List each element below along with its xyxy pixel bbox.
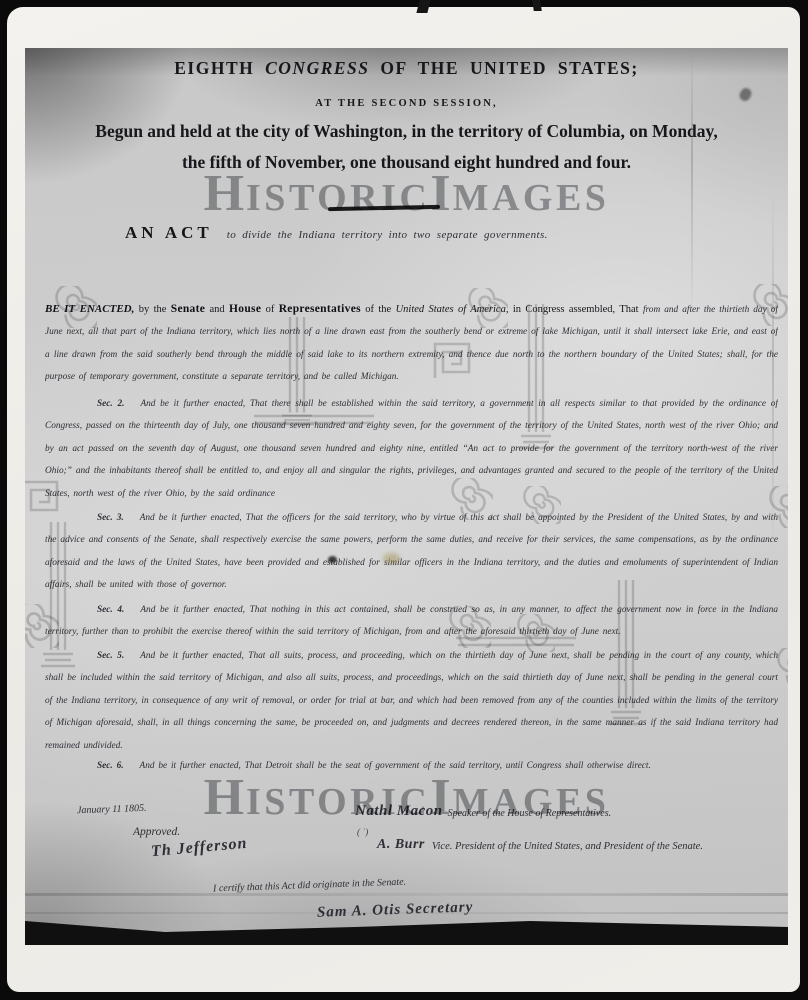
- congress-title-post: OF THE UNITED STATES;: [370, 58, 639, 78]
- section-4-label: Sec. 4.: [97, 605, 124, 615]
- spiral-volute-watermark-icon: [753, 284, 788, 326]
- spiral-volute-watermark-icon: [769, 486, 788, 528]
- congress-title-italic: CONGRESS: [265, 58, 369, 78]
- section-5-label: Sec. 5.: [97, 651, 124, 661]
- yellow-stain: [383, 553, 400, 564]
- column-watermark-icon: [609, 576, 643, 726]
- section-4-text: And be it further enacted, That nothing …: [45, 605, 778, 637]
- watermark-letter: H: [204, 165, 246, 222]
- senate-word: Senate: [171, 303, 205, 315]
- spiral-volute-watermark-icon: [523, 486, 561, 524]
- begun-line-1: Begun and held at the city of Washington…: [25, 121, 788, 142]
- column-watermark-icon: [519, 300, 553, 450]
- jefferson-signature: Th Jefferson: [150, 835, 248, 861]
- vp-title: Vice. President of the United States, an…: [432, 841, 703, 853]
- section-5-text: And be it further enacted, That all suit…: [45, 651, 778, 751]
- spiral-volute-watermark-icon: [451, 478, 493, 520]
- scanned-press-photo: { "colors": { "scan_background": "#0a0a0…: [0, 0, 808, 1000]
- section-4-paragraph: Sec. 4.And be it further enacted, That n…: [45, 599, 778, 645]
- watermark-letters: ISTORIC: [246, 781, 430, 823]
- horizontal-crease: [25, 893, 788, 896]
- parchment-bottom-shadow: [25, 921, 788, 945]
- spiral-volute-watermark-icon: [55, 286, 97, 328]
- enacting-text: of the: [361, 304, 396, 315]
- session-line: AT THE SECOND SESSION,: [25, 98, 788, 109]
- enacting-clause: BE IT ENACTED, by the Senate and House o…: [45, 298, 778, 388]
- watermark-letters: MAGES: [453, 781, 610, 823]
- act-subject: to divide the Indiana territory into two…: [227, 229, 548, 241]
- section-2-text: And be it further enacted, That there sh…: [45, 399, 778, 499]
- enacting-text: and: [205, 304, 229, 315]
- congress-title: EIGHTH CONGRESS OF THE UNITED STATES;: [25, 58, 788, 79]
- section-3-paragraph: Sec. 3.And be it further enacted, That t…: [45, 507, 778, 597]
- spiral-volute-watermark-icon: [777, 648, 788, 688]
- watermark-letters: ISTORIC: [246, 177, 430, 219]
- document-photograph: EIGHTH CONGRESS OF THE UNITED STATES; AT…: [25, 48, 788, 945]
- congress-title-pre: EIGHTH: [174, 58, 265, 78]
- house-word: House: [229, 303, 261, 315]
- section-3-text: And be it further enacted, That the offi…: [45, 513, 778, 590]
- secretary-signature: Sam A. Otis Secretary: [317, 899, 474, 921]
- film-notch: [532, 0, 542, 11]
- section-2-paragraph: Sec. 2.And be it further enacted, That t…: [45, 393, 778, 506]
- section-2-label: Sec. 2.: [97, 399, 124, 409]
- historic-images-watermark-bottom: HISTORICIMAGES: [25, 768, 788, 827]
- act-heading: AN ACTto divide the Indiana territory in…: [125, 223, 548, 243]
- act-label: AN ACT: [125, 223, 213, 242]
- vp-signature: A. Burr: [377, 837, 425, 853]
- greek-key-watermark-icon: [429, 338, 475, 384]
- section-5-paragraph: Sec. 5.And be it further enacted, That a…: [45, 645, 778, 758]
- certification-line: I certify that this Act did originate in…: [213, 877, 406, 895]
- vp-signature-row: A. BurrVice. President of the United Sta…: [377, 837, 703, 853]
- greek-key-watermark-icon: [25, 476, 63, 522]
- watermark-letters: MAGES: [453, 177, 610, 219]
- section-3-label: Sec. 3.: [97, 513, 124, 523]
- enacting-script: from and after the thirtieth day of June…: [45, 305, 778, 382]
- watermark-letter: I: [430, 165, 452, 222]
- watermark-letter: H: [204, 769, 246, 826]
- column-watermark-icon: [280, 314, 314, 426]
- enacting-text: by the: [134, 304, 170, 315]
- spiral-volute-watermark-icon: [25, 604, 59, 648]
- watermark-letter: I: [430, 769, 452, 826]
- photo-paper: EIGHTH CONGRESS OF THE UNITED STATES; AT…: [7, 7, 800, 992]
- band-watermark-icon: [455, 636, 577, 648]
- historic-images-watermark-top: HISTORICIMAGES: [25, 164, 788, 223]
- enacting-text: of: [261, 304, 278, 315]
- spiral-volute-watermark-icon: [468, 288, 508, 328]
- ink-blot: [328, 556, 337, 563]
- ink-mark: ( ˙): [357, 827, 368, 837]
- approved-label: Approved.: [133, 826, 180, 838]
- band-watermark-icon: [253, 414, 375, 426]
